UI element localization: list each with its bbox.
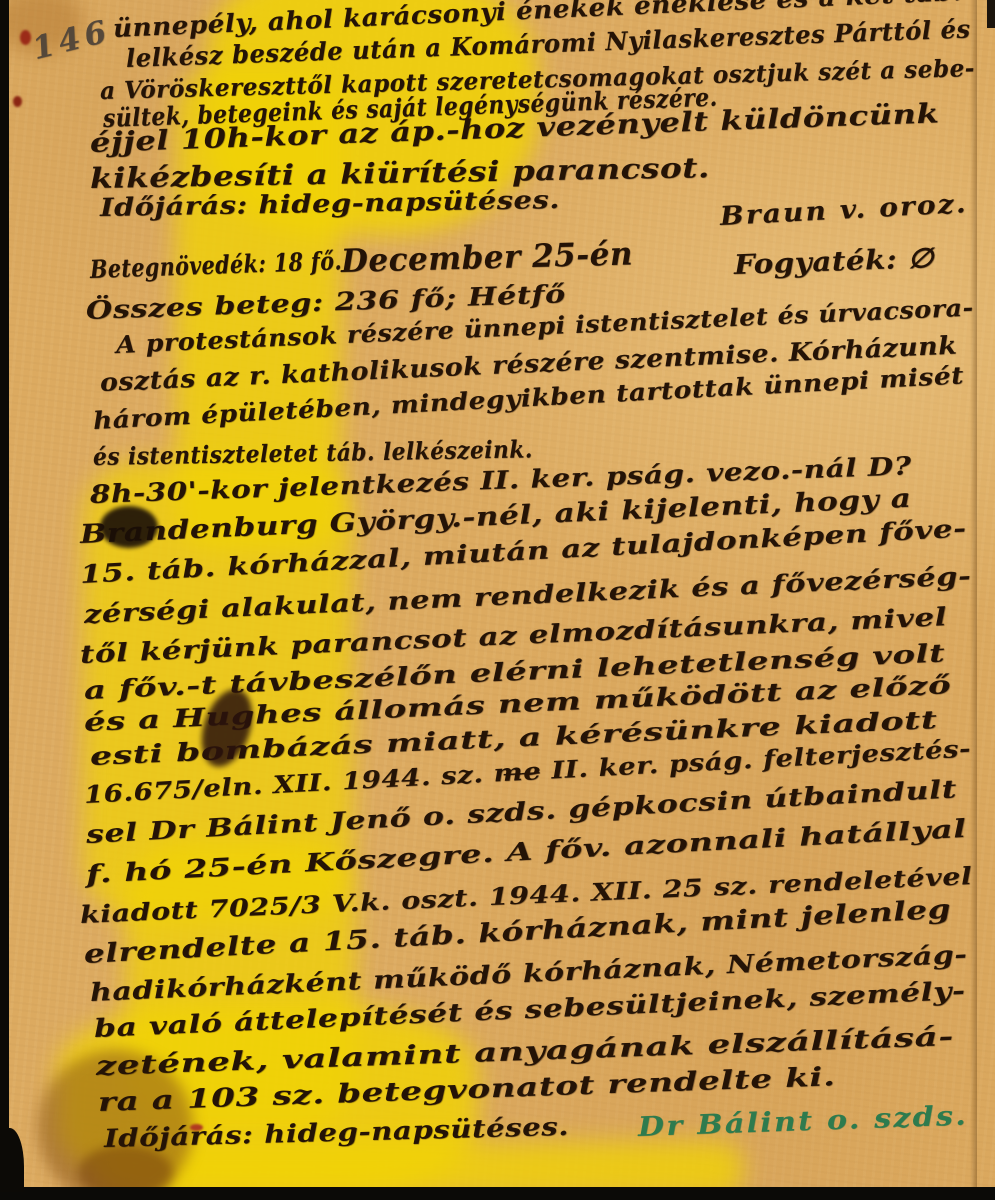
scan-edge-left <box>0 0 9 1200</box>
paper: 146 ünnepély, ahol karácsonyi énekek éne… <box>8 0 995 1200</box>
signature-top: Braun v. oroz. <box>719 189 968 232</box>
signature-green: Dr Bálint o. szds. <box>637 1100 968 1142</box>
diary-line: és istentiszteletet táb. lelkészeink. <box>93 434 533 471</box>
entry-date: December 25-én <box>341 234 634 280</box>
patient-loss: Fogyaték: ∅ <box>733 243 934 281</box>
paper-crease-right <box>970 0 977 1200</box>
scan-edge-bottom <box>0 1187 995 1200</box>
scanned-diary-page: 146 ünnepély, ahol karácsonyi énekek éne… <box>0 0 995 1200</box>
scan-edge-nick <box>987 0 995 28</box>
ink-blot <box>100 506 158 548</box>
red-speck <box>13 96 22 107</box>
